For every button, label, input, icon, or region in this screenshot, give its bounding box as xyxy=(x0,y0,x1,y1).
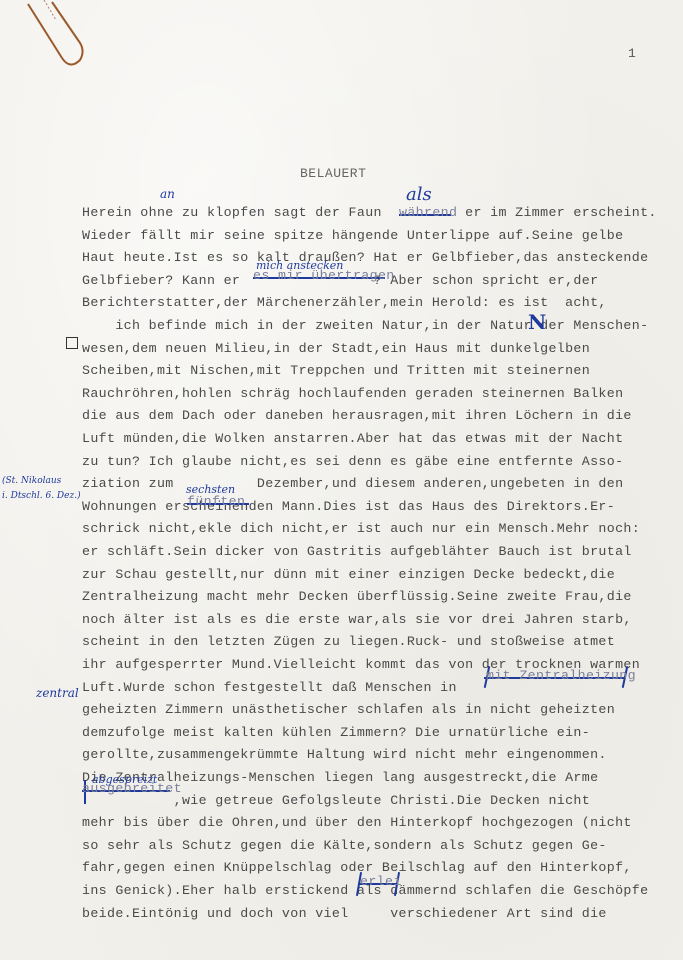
text-line: Haut heute.Ist es so kalt draußen? Hat e… xyxy=(82,250,648,265)
text-line: Luft münden,die Wolken anstarren.Aber ha… xyxy=(82,431,623,446)
typescript-page: 1 BELAUERT Herein ohne zu klopfen sagt d… xyxy=(0,0,683,960)
margin-note-line: i. Dtschl. 6. Dez.) xyxy=(2,489,81,504)
deleted-text: fünften xyxy=(187,494,245,509)
deleted-text: erlei xyxy=(360,874,402,889)
text-line: zu tun? Ich glaube nicht,es sei denn es … xyxy=(82,454,623,469)
text-line: Zentralheizung macht mehr Decken überflü… xyxy=(82,589,632,604)
text-line: Scheiben,mit Nischen,mit Treppchen und T… xyxy=(82,363,590,378)
text-line: ziation zum Dezember,und diesem anderen,… xyxy=(82,476,623,491)
text-line: fahr,gegen einen Knüppelschlag oder Beil… xyxy=(82,860,632,875)
text-line: scheint in den letzten Zügen zu liegen.R… xyxy=(82,634,615,649)
deleted-text: ausgebreitet xyxy=(82,781,182,796)
handwritten-capital: N xyxy=(528,310,546,334)
text-line: so sehr als Schutz gegen die Kälte,sonde… xyxy=(82,838,607,853)
handwritten-insertion: als xyxy=(406,184,432,205)
checkbox-mark xyxy=(66,337,78,349)
margin-annotation: (St. Nikolaus i. Dtschl. 6. Dez.) xyxy=(2,474,81,504)
handwritten-insertion: zentral xyxy=(36,686,79,700)
text-line: wesen,dem neuen Milieu,in der Stadt,ein … xyxy=(82,341,590,356)
text-line: ich befinde mich in der zweiten Natur,in… xyxy=(82,318,648,333)
text-line: Wieder fällt mir seine spitze hängende U… xyxy=(82,228,623,243)
text-line: noch älter ist als es die erste war,als … xyxy=(82,612,632,627)
text-line: zur Schau gestellt,nur dünn mit einer ei… xyxy=(82,567,615,582)
text-line: gerollte,zusammengekrümmte Haltung wird … xyxy=(82,747,607,762)
text-line: demzufolge meist kalten kühlen Zimmern? … xyxy=(82,725,590,740)
text-line: die aus dem Dach oder daneben herausrage… xyxy=(82,408,632,423)
deleted-text: es mir übertragen xyxy=(253,268,395,283)
text-line: beide.Eintönig und doch von viel verschi… xyxy=(82,906,607,921)
margin-note-line: (St. Nikolaus xyxy=(2,474,81,489)
text-line: Herein ohne zu klopfen sagt der Faun er … xyxy=(82,205,657,220)
deleted-text: mit Zentralheizung xyxy=(486,668,636,683)
text-line: schrick nicht,ekle dich nicht,er ist auc… xyxy=(82,521,640,536)
document-title: BELAUERT xyxy=(300,166,366,181)
text-line: er schläft.Sein dicker von Gastritis auf… xyxy=(82,544,632,559)
page-number: 1 xyxy=(628,46,636,61)
text-line: geheizten Zimmern unästhetischer schlafe… xyxy=(82,702,615,717)
text-line: Luft.Wurde schon festgestellt daß Mensch… xyxy=(82,680,457,695)
text-line: mehr bis über die Ohren,und über den Hin… xyxy=(82,815,632,830)
text-line: Rauchröhren,hohlen schräg hochlaufenden … xyxy=(82,386,623,401)
paperclip-icon xyxy=(20,0,90,80)
deleted-text: während xyxy=(399,205,457,220)
handwritten-insertion: an xyxy=(160,187,175,201)
text-line: Berichterstatter,der Märchenerzähler,mei… xyxy=(82,295,607,310)
text-line: Wohnungen erscheinenden Mann.Dies ist da… xyxy=(82,499,615,514)
